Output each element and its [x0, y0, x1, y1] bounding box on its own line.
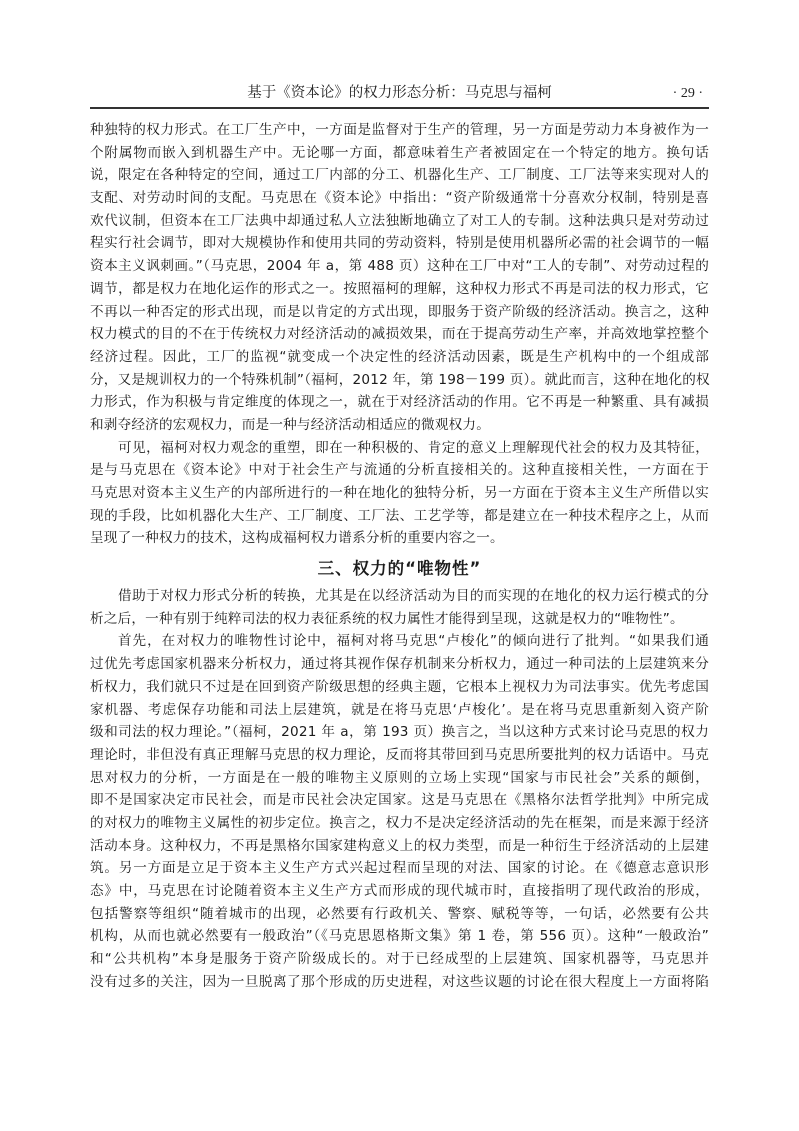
text-line: 马克思对资本主义生产的内部所进行的一种在地化的独特分析，另一方面在于资本主义生产… — [90, 482, 709, 505]
page-number: · 29 · — [673, 83, 703, 105]
text-line: 力形式，作为积极与肯定维度的体现之一，就在于对经济活动的作用。它不再是一种繁重、… — [90, 391, 709, 414]
text-line: 析权力，我们就只不过是在回到资产阶级思想的经典主题，它根本上视权力为司法事实。优… — [90, 676, 709, 699]
text-line: 即不是国家决定市民社会，而是市民社会决定国家。这是马克思在《黑格尔法哲学批判》中… — [90, 789, 709, 812]
section-heading: 三、权力的“唯物性” — [90, 552, 709, 585]
text-line: 活动本身。这种权力，不再是黑格尔国家建构意义上的权力类型，而是一种衍生于经济活动… — [90, 835, 709, 858]
text-line: 包括警察等组织“随着城市的出现，必然要有行政机关、警察、赋税等等，一句话，必然要… — [90, 903, 709, 926]
text-line: 程实行社会调节，即对大规模协作和使用共同的劳动资料，特别是使用机器所必需的社会调… — [90, 232, 709, 255]
text-line: 支配、对劳动时间的支配。马克思在《资本论》中指出：“资产阶级通常十分喜欢分权制，… — [90, 187, 709, 210]
text-line: 种独特的权力形式。在工厂生产中，一方面是监督对于生产的管理，另一方面是劳动力本身… — [90, 119, 709, 142]
text-line: 欢代议制，但资本在工厂法典中却通过私人立法独断地确立了对工人的专制。这种法典只是… — [90, 210, 709, 233]
text-line: 筑。另一方面是立足于资本主义生产方式兴起过程而呈现的对法、国家的讨论。在《德意志… — [90, 857, 709, 880]
text-line: 说，限定在各种特定的空间，通过工厂内部的分工、机器化生产、工厂制度、工厂法等来实… — [90, 164, 709, 187]
text-line: 借助于对权力形式分析的转换，尤其是在以经济活动为目的而实现的在地化的权力运行模式… — [90, 585, 709, 608]
text-line: 家机器、考虑保存功能和司法上层建筑，就是在将马克思‘卢梭化’。是在将马克思重新刻… — [90, 699, 709, 722]
text-line: 态》中，马克思在讨论随着资本主义生产方式而形成的现代城市时，直接指明了现代政治的… — [90, 880, 709, 903]
text-line: 和“公共机构”本身是服务于资产阶级成长的。对于已经成型的上层建筑、国家机器等，马… — [90, 948, 709, 971]
text-line: 权力模式的目的不在于传统权力对经济活动的减损效果，而在于提高劳动生产率，并高效地… — [90, 323, 709, 346]
text-line: 资本主义讽刺画。”（马克思，2004 年 a，第 488 页）这种在工厂中对“工… — [90, 255, 709, 278]
paragraph-continued: 种独特的权力形式。在工厂生产中，一方面是监督对于生产的管理，另一方面是劳动力本身… — [90, 119, 709, 437]
text-line: 呈现了一种权力的技术，这构成福柯权力谱系分析的重要内容之一。 — [90, 527, 709, 550]
paragraph: 可见，福柯对权力观念的重塑，即在一种积极的、肯定的意义上理解现代社会的权力及其特… — [90, 437, 709, 550]
text-line: 经济过程。因此，工厂的监视“就变成一个决定性的经济活动因素，既是生产机构中的一个… — [90, 346, 709, 369]
text-line: 思对权力的分析，一方面是在一般的唯物主义原则的立场上实现“国家与市民社会”关系的… — [90, 767, 709, 790]
text-line: 理论时，非但没有真正理解马克思的权力理论，反而将其带回到马克思所要批判的权力话语… — [90, 744, 709, 767]
text-line: 没有过多的关注，因为一旦脱离了那个形成的历史进程，对这些议题的讨论在很大程度上一… — [90, 971, 709, 994]
paragraph: 首先，在对权力的唯物性讨论中，福柯对将马克思“卢梭化”的倾向进行了批判。“如果我… — [90, 630, 709, 993]
text-line: 首先，在对权力的唯物性讨论中，福柯对将马克思“卢梭化”的倾向进行了批判。“如果我… — [90, 630, 709, 653]
text-line: 分，又是规训权力的一个特殊机制”（福柯，2012 年，第 198－199 页）。… — [90, 369, 709, 392]
header-rule — [90, 107, 709, 109]
text-line: 可见，福柯对权力观念的重塑，即在一种积极的、肯定的意义上理解现代社会的权力及其特… — [90, 437, 709, 460]
paragraph: 借助于对权力形式分析的转换，尤其是在以经济活动为目的而实现的在地化的权力运行模式… — [90, 585, 709, 630]
text-line: 个附属物而嵌入到机器生产中。无论哪一方面，都意味着生产者被固定在一个特定的地方。… — [90, 142, 709, 165]
text-line: 调节，都是权力在地化运作的形式之一。按照福柯的理解，这种权力形式不再是司法的权力… — [90, 278, 709, 301]
article-body: 种独特的权力形式。在工厂生产中，一方面是监督对于生产的管理，另一方面是劳动力本身… — [90, 119, 709, 993]
text-line: 是与马克思在《资本论》中对于社会生产与流通的分析直接相关的。这种直接相关性，一方… — [90, 459, 709, 482]
running-title: 基于《资本论》的权力形态分析：马克思与福柯 — [90, 82, 709, 104]
text-line: 过优先考虑国家机器来分析权力，通过将其视作保存机制来分析权力，通过一种司法的上层… — [90, 653, 709, 676]
text-line: 和剥夺经济的宏观权力，而是一种与经济活动相适应的微观权力。 — [90, 414, 709, 437]
text-line: 机构，从而也就必然要有一般政治”（《马克思恩格斯文集》第 1 卷，第 556 页… — [90, 925, 709, 948]
text-line: 级和司法的权力理论。”（福柯，2021 年 a，第 193 页）换言之，当以这种… — [90, 721, 709, 744]
text-line: 析之后，一种有别于纯粹司法的权力表征系统的权力属性才能得到呈现，这就是权力的“唯… — [90, 608, 709, 631]
page-header: 基于《资本论》的权力形态分析：马克思与福柯 · 29 · — [90, 82, 709, 106]
text-line: 现的手段，比如机器化大生产、工厂制度、工厂法、工艺学等，都是建立在一种技术程序之… — [90, 505, 709, 528]
text-line: 的对权力的唯物主义属性的初步定位。换言之，权力不是决定经济活动的先在框架，而是来… — [90, 812, 709, 835]
text-line: 不再以一种否定的形式出现，而是以肯定的方式出现，即服务于资产阶级的经济活动。换言… — [90, 301, 709, 324]
